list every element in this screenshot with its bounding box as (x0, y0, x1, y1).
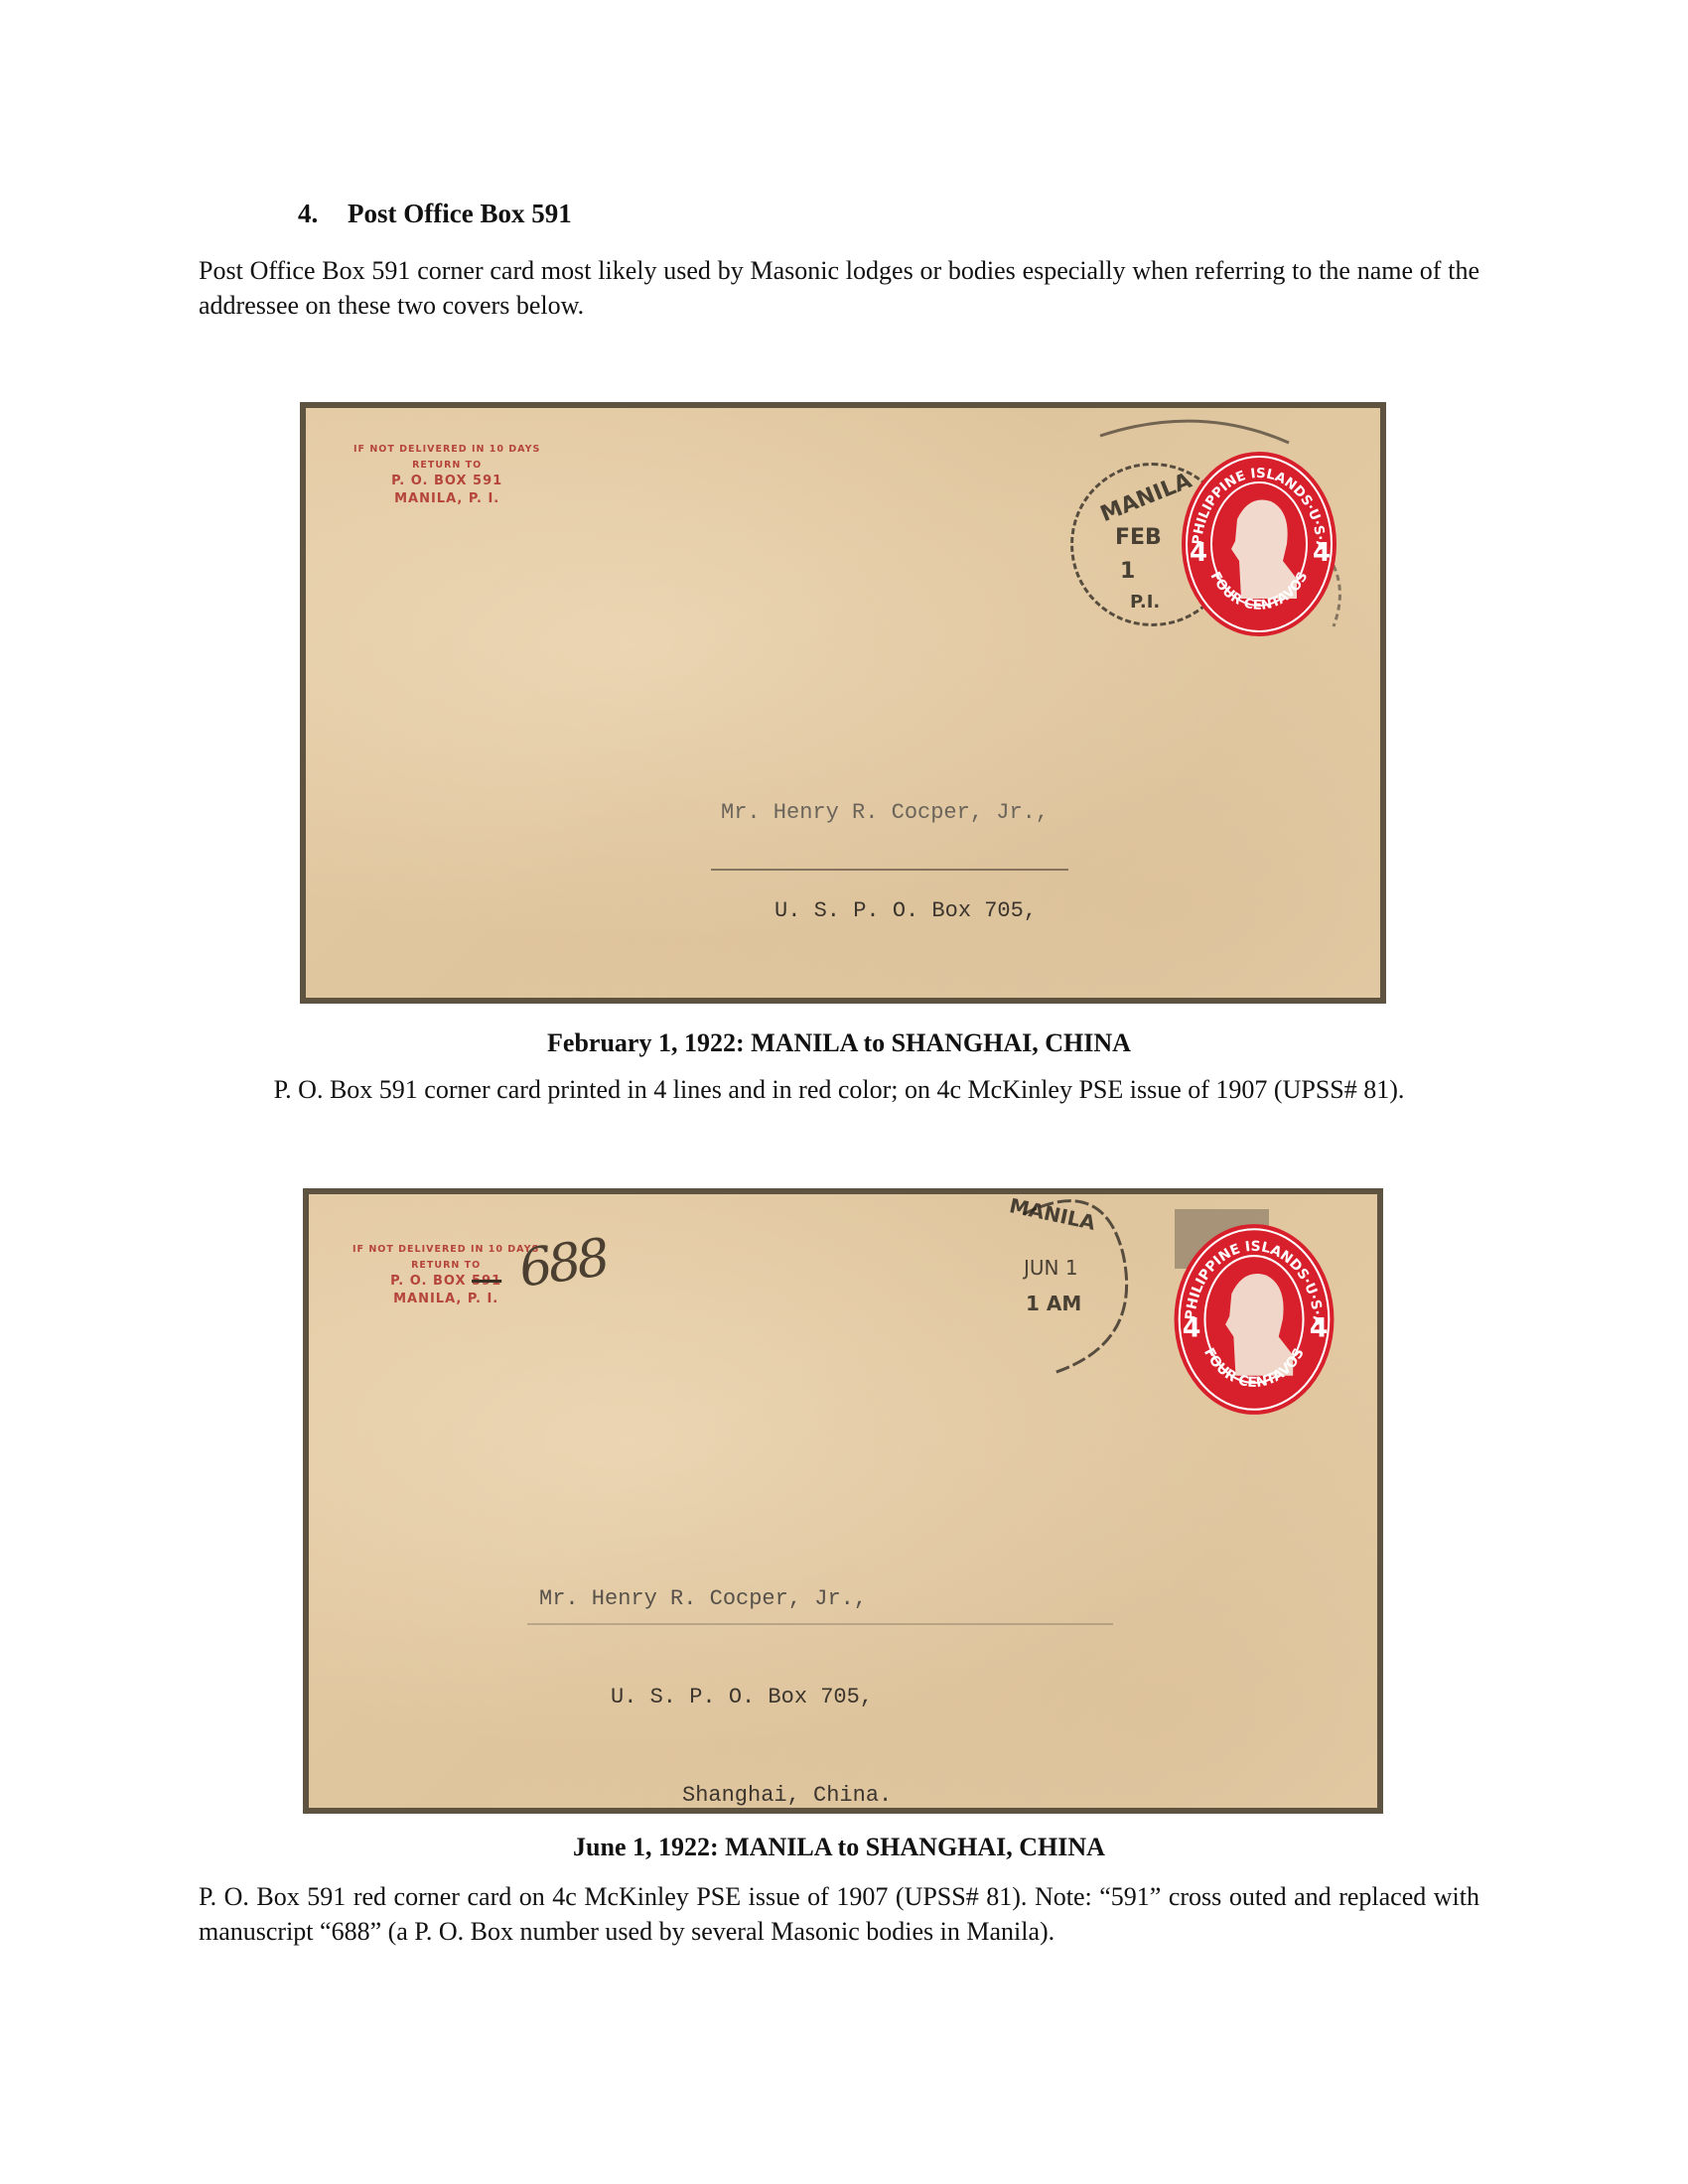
cover-description-2: P. O. Box 591 red corner card on 4c McKi… (199, 1879, 1479, 1949)
box-prefix: P. O. BOX (391, 474, 473, 488)
address-line: Shanghai, China. (828, 993, 1156, 998)
corner-card-line: IF NOT DELIVERED IN 10 DAYS (352, 1244, 539, 1255)
cover-caption-2: June 1, 1922: MANILA to SHANGHAI, CHINA (199, 1833, 1479, 1862)
section-heading: 4.Post Office Box 591 (298, 199, 572, 229)
svg-text:4: 4 (1310, 1313, 1329, 1344)
address-line: Mr. Henry R. Cocper, Jr., (721, 796, 1049, 829)
address-line: U. S. P. O. Box 705, (611, 1681, 938, 1713)
cover-image-2: IF NOT DELIVERED IN 10 DAYS RETURN TO P.… (303, 1188, 1383, 1814)
corner-card-line: RETURN TO (352, 1260, 539, 1271)
address-underline (527, 1623, 1113, 1625)
postmark-time: 1 AM (1026, 1292, 1081, 1315)
box-prefix: P. O. BOX (390, 1274, 472, 1289)
recipient-address: Mr. Henry R. Cocper, Jr., U. S. P. O. Bo… (721, 731, 1049, 998)
section-number: 4. (298, 199, 348, 229)
stamp-embossed-mckinley-icon: PHILIPPINE ISLANDS·U·S·A· FOUR CENTAVOS … (1171, 1222, 1337, 1417)
corner-card-line: IF NOT DELIVERED IN 10 DAYS (353, 444, 540, 455)
box-number-crossed-out: 591 (472, 1274, 501, 1289)
cover-caption-1: February 1, 1922: MANILA to SHANGHAI, CH… (199, 1028, 1479, 1058)
recipient-address: Mr. Henry R. Cocper, Jr., U. S. P. O. Bo… (539, 1517, 867, 1808)
manuscript-box-number: 688 (515, 1228, 610, 1299)
address-line: Shanghai, China. (682, 1779, 1010, 1808)
corner-card-box: P. O. BOX 591 (352, 1274, 539, 1289)
svg-text:4: 4 (1190, 538, 1207, 568)
corner-card-line: RETURN TO (353, 460, 540, 471)
corner-card-box: P. O. BOX 591 (353, 474, 540, 488)
corner-card: IF NOT DELIVERED IN 10 DAYS RETURN TO P.… (353, 444, 540, 506)
address-line: U. S. P. O. Box 705, (774, 894, 1102, 927)
corner-card: IF NOT DELIVERED IN 10 DAYS RETURN TO P.… (352, 1244, 539, 1306)
svg-text:4: 4 (1313, 538, 1331, 568)
svg-text:4: 4 (1183, 1313, 1201, 1344)
address-line: Mr. Henry R. Cocper, Jr., (539, 1582, 867, 1615)
intro-paragraph: Post Office Box 591 corner card most lik… (199, 253, 1479, 323)
cover-description-1: P. O. Box 591 corner card printed in 4 l… (199, 1075, 1479, 1105)
address-underline (711, 869, 1068, 871)
corner-card-line: MANILA, P. I. (352, 1292, 539, 1306)
section-title: Post Office Box 591 (348, 199, 572, 228)
corner-card-line: MANILA, P. I. (353, 491, 540, 506)
postmark-date: JUN 1 (1024, 1256, 1078, 1280)
box-number: 591 (473, 474, 502, 488)
cover-image-1: IF NOT DELIVERED IN 10 DAYS RETURN TO P.… (300, 402, 1386, 1004)
stamp-embossed-mckinley-icon: PHILIPPINE ISLANDS·U·S·A· FOUR CENTAVOS … (1180, 450, 1338, 638)
